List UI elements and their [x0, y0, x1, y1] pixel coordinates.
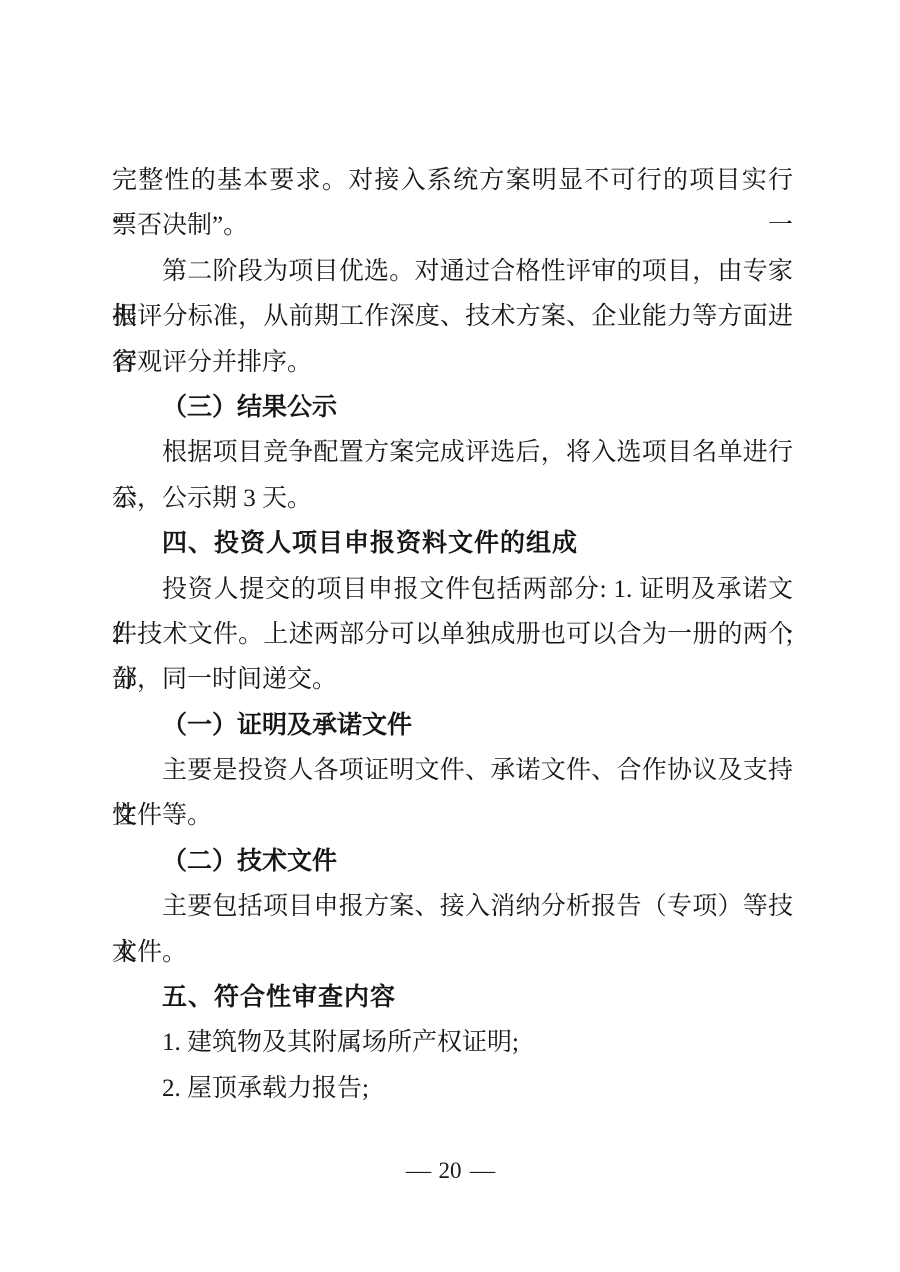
document-page: 完整性的基本要求。对接入系统方案明显不可行的项目实行“一 票否决制”。 第二阶段… [0, 0, 900, 1272]
text-line: 分，同一时间递交。 [112, 657, 793, 702]
document-body: 完整性的基本要求。对接入系统方案明显不可行的项目实行“一 票否决制”。 第二阶段… [112, 158, 793, 1111]
subsection-heading-1-certificates: （一）证明及承诺文件 [112, 703, 793, 748]
text-line: 2. 技术文件。上述两部分可以单独成册也可以合为一册的两个部 [112, 612, 793, 657]
text-line: 客观评分并排序。 [112, 340, 793, 385]
footer-dash-left: — [405, 1153, 430, 1189]
text-line: 据评分标准，从前期工作深度、技术方案、企业能力等方面进行 [112, 294, 793, 339]
text-line: 文件。 [112, 930, 793, 975]
footer-dash-right: — [469, 1153, 494, 1189]
text-line: 投资人提交的项目申报文件包括两部分: 1. 证明及承诺文件; [112, 567, 793, 612]
text-line: 1. 建筑物及其附属场所产权证明; [112, 1020, 793, 1065]
text-line: 2. 屋顶承载力报告; [112, 1066, 793, 1111]
text-line: 第二阶段为项目优选。对通过合格性评审的项目，由专家根 [112, 249, 793, 294]
text-line: 根据项目竞争配置方案完成评选后，将入选项目名单进行公 [112, 430, 793, 475]
page-number: 20 [439, 1153, 462, 1189]
text-line: 主要包括项目申报方案、接入消纳分析报告（专项）等技术 [112, 884, 793, 929]
text-line: 示，公示期 3 天。 [112, 476, 793, 521]
page-footer: —20— [0, 1153, 900, 1189]
text-line: 完整性的基本要求。对接入系统方案明显不可行的项目实行“一 [112, 158, 793, 203]
text-line: 文件等。 [112, 793, 793, 838]
text-line: 主要是投资人各项证明文件、承诺文件、合作协议及支持性 [112, 748, 793, 793]
subsection-heading-2-technical-documents: （二）技术文件 [112, 839, 793, 884]
section-heading-4-application-documents: 四、投资人项目申报资料文件的组成 [112, 521, 793, 566]
section-heading-5-compliance-review: 五、符合性审查内容 [112, 975, 793, 1020]
subsection-heading-3-result-publicity: （三）结果公示 [112, 385, 793, 430]
